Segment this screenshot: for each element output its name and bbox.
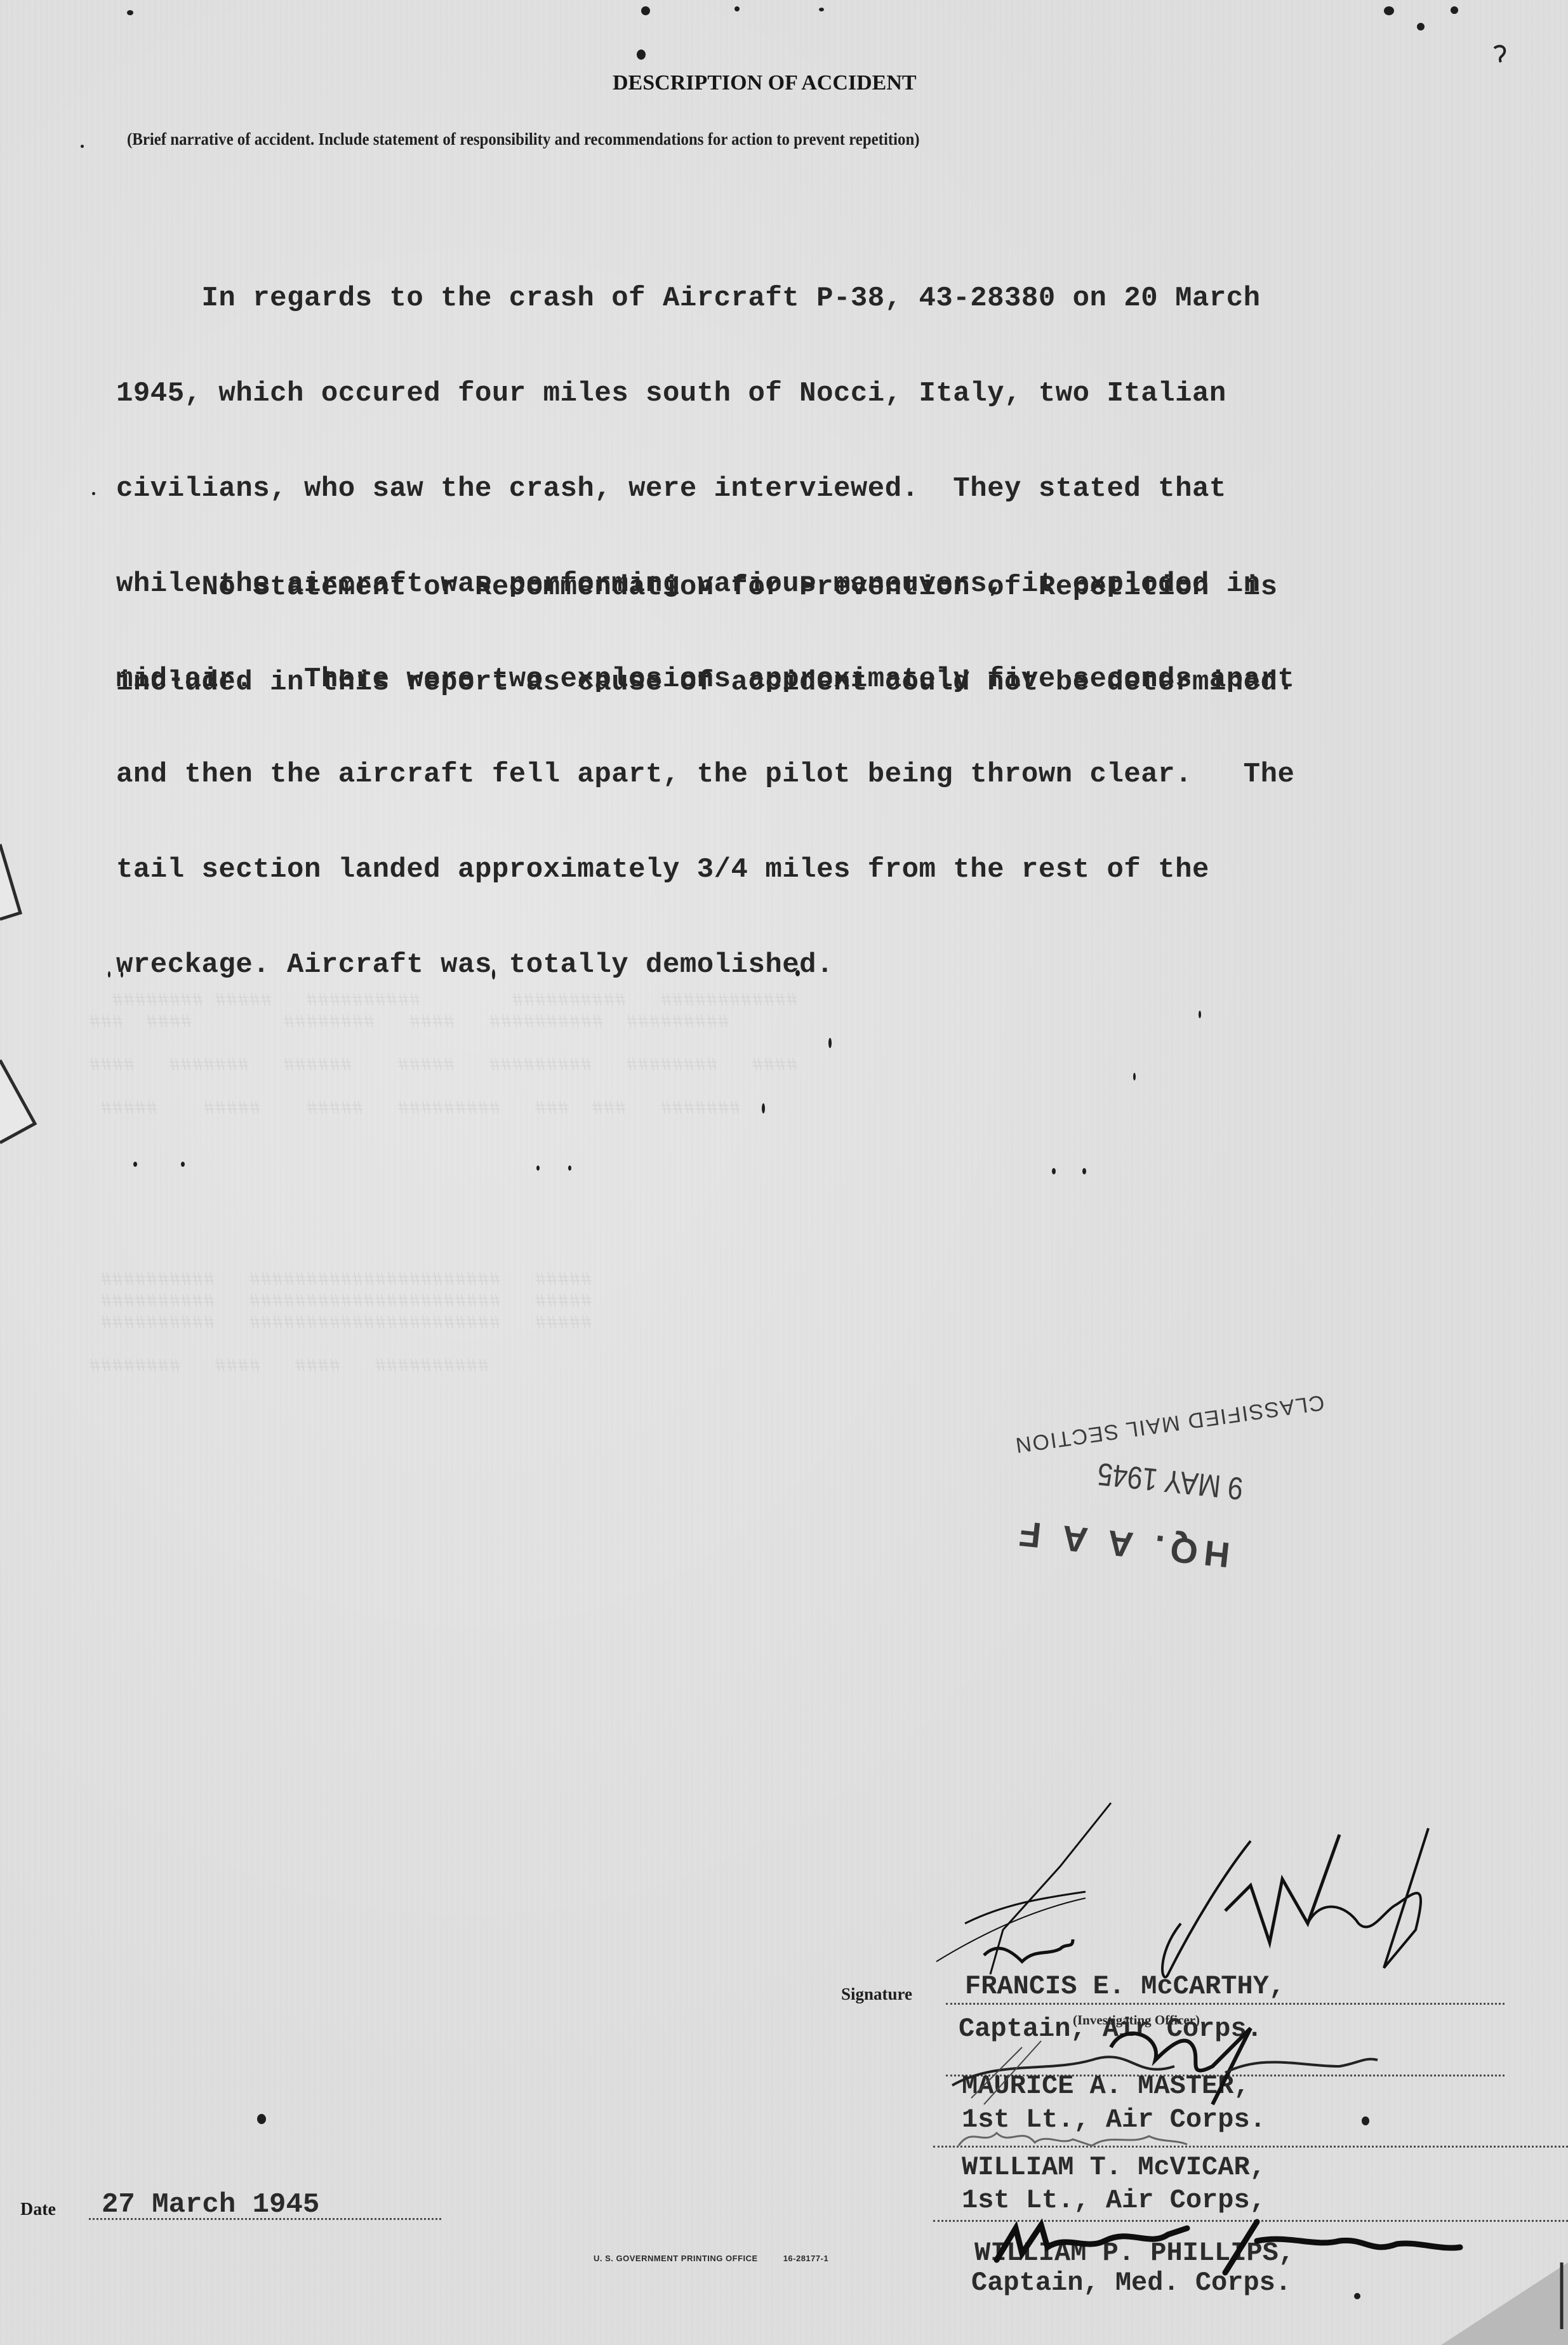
received-stamp: CLASSIFIED MAIL SECTION 9 MAY 1945 HQ. A… bbox=[967, 1347, 1343, 1599]
handwritten-signature-mcvicar bbox=[946, 2120, 1200, 2152]
narrative-paragraph-2: No Statement or Recommendation for Preve… bbox=[116, 508, 1294, 762]
narrative-line: included in this report as cause of acci… bbox=[116, 667, 1294, 698]
narrative-line: In regards to the crash of Aircraft P-38… bbox=[116, 282, 1294, 314]
handwritten-signature-mccarthy bbox=[927, 1797, 1485, 1987]
officer-3-name: WILLIAM T. McVICAR, bbox=[962, 2152, 1266, 2182]
date-value: 27 March 1945 bbox=[102, 2189, 319, 2221]
scanned-document-page: ############ ########## ########## #####… bbox=[0, 0, 1568, 2345]
officer-3-rank: 1st Lt., Air Corps, bbox=[962, 2185, 1266, 2215]
form-code: 16-28177-1 bbox=[783, 2254, 829, 2263]
form-instructions: (Brief narrative of accident. Include st… bbox=[127, 130, 920, 149]
signature-line-1 bbox=[946, 2003, 1505, 2005]
narrative-line: tail section landed approximately 3/4 mi… bbox=[116, 854, 1294, 886]
printer-footer: U. S. GOVERNMENT PRINTING OFFICE16-28177… bbox=[594, 2254, 828, 2263]
stamp-date: 9 MAY 1945 bbox=[1096, 1456, 1245, 1508]
bleed-through-texture-2: ##### ###################### ########## … bbox=[89, 1270, 626, 1378]
narrative-line: No Statement or Recommendation for Preve… bbox=[116, 571, 1294, 603]
folded-corner-icon bbox=[1441, 2262, 1568, 2345]
date-label: Date bbox=[20, 2200, 56, 2220]
stamp-section-text: CLASSIFIED MAIL SECTION bbox=[1013, 1390, 1325, 1458]
folded-paper-edge-icon bbox=[0, 825, 51, 1333]
narrative-line: 1945, which occured four miles south of … bbox=[116, 378, 1294, 409]
narrative-line: wreckage. Aircraft was totally demolishe… bbox=[116, 949, 1294, 981]
page-corner-mark-icon bbox=[1492, 44, 1511, 70]
narrative-line: and then the aircraft fell apart, the pi… bbox=[116, 759, 1294, 790]
printer-name: U. S. GOVERNMENT PRINTING OFFICE bbox=[594, 2254, 758, 2263]
signature-label: Signature bbox=[841, 1984, 912, 2004]
document-title: DESCRIPTION OF ACCIDENT bbox=[613, 71, 917, 95]
handwritten-signature-phillips bbox=[959, 2215, 1498, 2279]
narrative-line: civilians, who saw the crash, were inter… bbox=[116, 473, 1294, 505]
handwritten-signature-master bbox=[946, 2022, 1390, 2111]
stamp-headquarters: HQ. A A F bbox=[1011, 1512, 1232, 1576]
